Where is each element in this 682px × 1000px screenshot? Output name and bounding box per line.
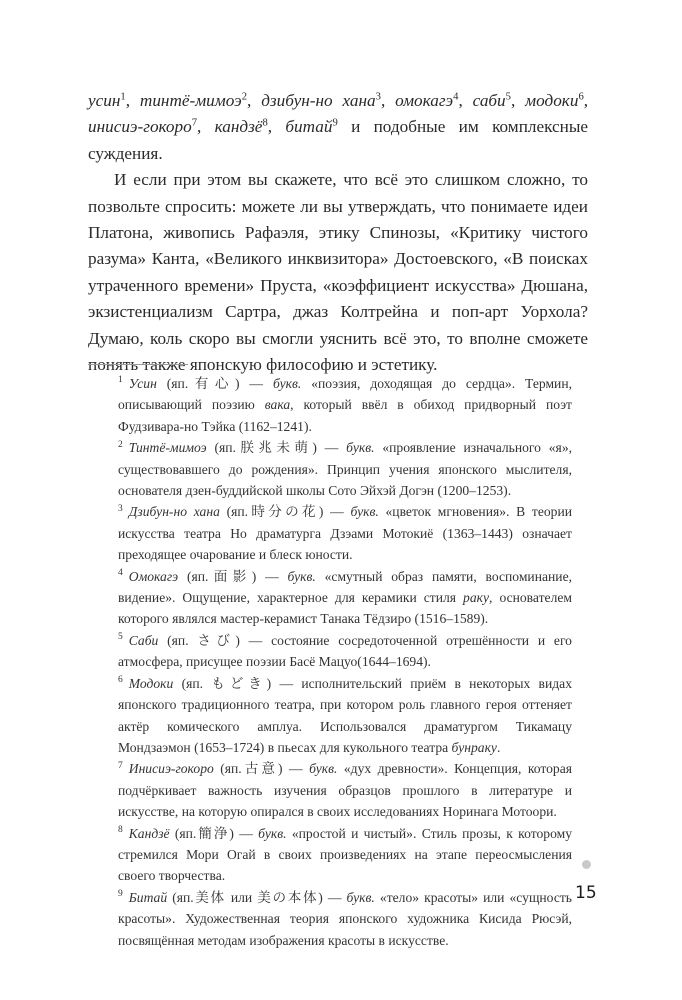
footnote-ref[interactable]: 6 bbox=[578, 91, 583, 102]
footnote-number: 4 bbox=[118, 568, 123, 578]
term: омокагэ bbox=[395, 91, 453, 110]
paragraph-terms: усин1, тинтё-мимоэ2, дзибун-но хана3, ом… bbox=[88, 88, 588, 167]
term: модоки bbox=[525, 91, 578, 110]
footnote: 7Инисиэ-гокоро (яп.古意) — букв. «дух древ… bbox=[118, 758, 572, 822]
footnote: 6Модоки (яп. もどき) — исполнительский приё… bbox=[118, 673, 572, 759]
footnote-ref[interactable]: 2 bbox=[242, 91, 247, 102]
footnote-divider bbox=[88, 364, 188, 365]
term: тинтё-мимоэ bbox=[140, 91, 242, 110]
footnote-number: 3 bbox=[118, 504, 123, 514]
term: инисиэ-гокоро bbox=[88, 117, 192, 136]
footnote: 9Битай (яп.美体 или 美の本体) — букв. «тело» к… bbox=[118, 887, 572, 951]
footnote: 2Тинтё-мимоэ (яп.朕兆未萌) — букв. «проявлен… bbox=[118, 437, 572, 501]
term: дзибун-но хана bbox=[261, 91, 375, 110]
term: кандзё bbox=[215, 117, 263, 136]
footnote: 4Омокагэ (яп.面影) — букв. «смутный образ … bbox=[118, 566, 572, 630]
footnote-ref[interactable]: 7 bbox=[192, 118, 197, 129]
footnote-number: 7 bbox=[118, 761, 123, 771]
term: саби bbox=[473, 91, 506, 110]
term: битай bbox=[285, 117, 332, 136]
footnote-ref[interactable]: 8 bbox=[262, 118, 267, 129]
footnote-ref[interactable]: 3 bbox=[376, 91, 381, 102]
page-number: 15 bbox=[575, 883, 597, 903]
main-text: усин1, тинтё-мимоэ2, дзибун-но хана3, ом… bbox=[88, 88, 588, 378]
footnote: 1Усин (яп.有心) — букв. «поэзия, доходящая… bbox=[118, 373, 572, 437]
footnote: 3Дзибун-но хана (яп.時分の花) — букв. «цвето… bbox=[118, 501, 572, 565]
footnote-ref[interactable]: 9 bbox=[332, 118, 337, 129]
footnote-number: 6 bbox=[118, 675, 123, 685]
footnote-number: 9 bbox=[118, 889, 123, 899]
footnote-ref[interactable]: 1 bbox=[120, 91, 125, 102]
footnote-ref[interactable]: 5 bbox=[506, 91, 511, 102]
paragraph-question: И если при этом вы скажете, что всё это … bbox=[88, 167, 588, 378]
footnote-number: 5 bbox=[118, 632, 123, 642]
footnote-number: 2 bbox=[118, 440, 123, 450]
page-marker-dot bbox=[582, 860, 591, 869]
footnote: 5Саби (яп. さび) — состояние сосредоточенн… bbox=[118, 630, 572, 673]
footnote-number: 1 bbox=[118, 375, 123, 385]
term: усин bbox=[88, 91, 120, 110]
footnotes: 1Усин (яп.有心) — букв. «поэзия, доходящая… bbox=[118, 373, 572, 951]
footnote-ref[interactable]: 4 bbox=[453, 91, 458, 102]
footnote: 8Кандзё (яп.簡浄) — букв. «простой и чисты… bbox=[118, 823, 572, 887]
footnote-number: 8 bbox=[118, 825, 123, 835]
